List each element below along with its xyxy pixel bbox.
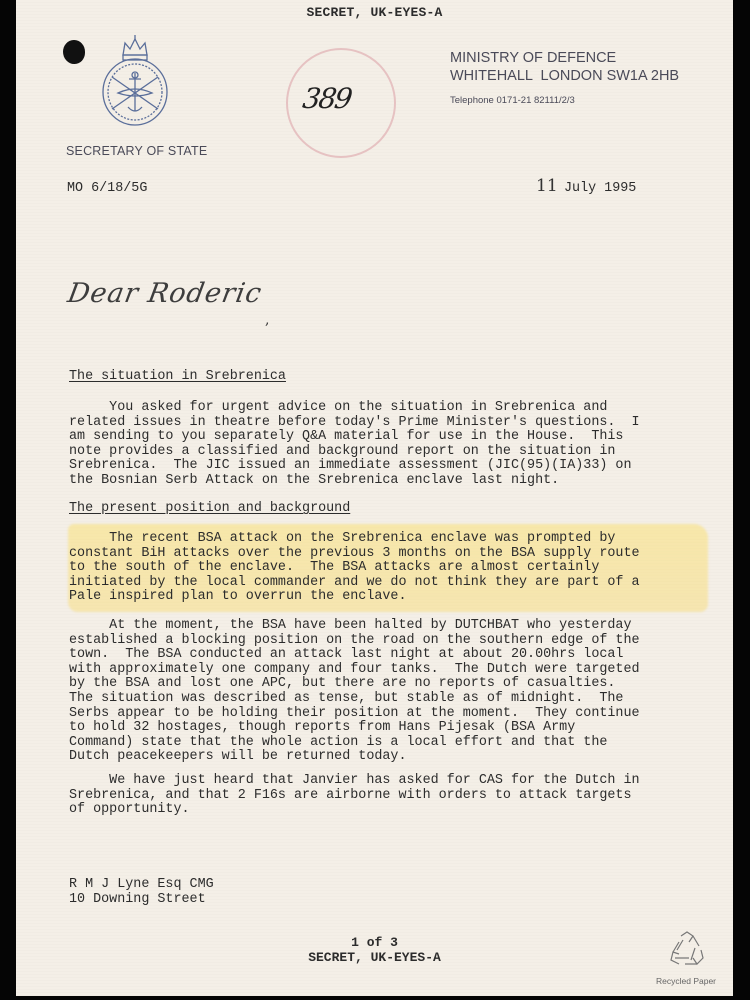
paragraph-bsa-attack: The recent BSA attack on the Srebrenica … (69, 532, 709, 605)
reference-number: MO 6/18/5G (67, 182, 147, 197)
org-address: WHITEHALL LONDON SW1A 2HB (450, 68, 679, 84)
recycle-icon (667, 930, 707, 970)
punch-hole (63, 40, 85, 64)
paragraph-intro: You asked for urgent advice on the situa… (69, 401, 709, 489)
classification-header: SECRET, UK-EYES-A (16, 6, 733, 21)
salutation: Dear Roderic (65, 278, 264, 309)
addressee-block: R M J Lyne Esq CMG 10 Downing Street (69, 878, 214, 907)
document-page: SECRET, UK-EYES-A SECRETARY OF STATE 389… (16, 0, 733, 996)
org-name: MINISTRY OF DEFENCE (450, 50, 616, 66)
page-indicator: 1 of 3 (16, 936, 733, 951)
royal-crest-icon (98, 33, 172, 127)
date-day-handwritten: 11 (536, 176, 558, 196)
stamp-number: 389 (301, 82, 353, 115)
section-heading-position: The present position and background (69, 502, 350, 517)
recycle-label: Recycled Paper (656, 976, 716, 986)
date-month-year: July 1995 (564, 182, 636, 197)
paragraph-cas: We have just heard that Janvier has aske… (69, 774, 709, 818)
classification-footer: SECRET, UK-EYES-A (16, 951, 733, 966)
section-heading-situation: The situation in Srebrenica (69, 370, 286, 385)
paragraph-dutchbat: At the moment, the BSA have been halted … (69, 619, 709, 765)
salutation-comma: , (265, 312, 269, 328)
org-telephone: Telephone 0171-21 82111/2/3 (450, 95, 575, 106)
office-label: SECRETARY OF STATE (66, 144, 207, 158)
